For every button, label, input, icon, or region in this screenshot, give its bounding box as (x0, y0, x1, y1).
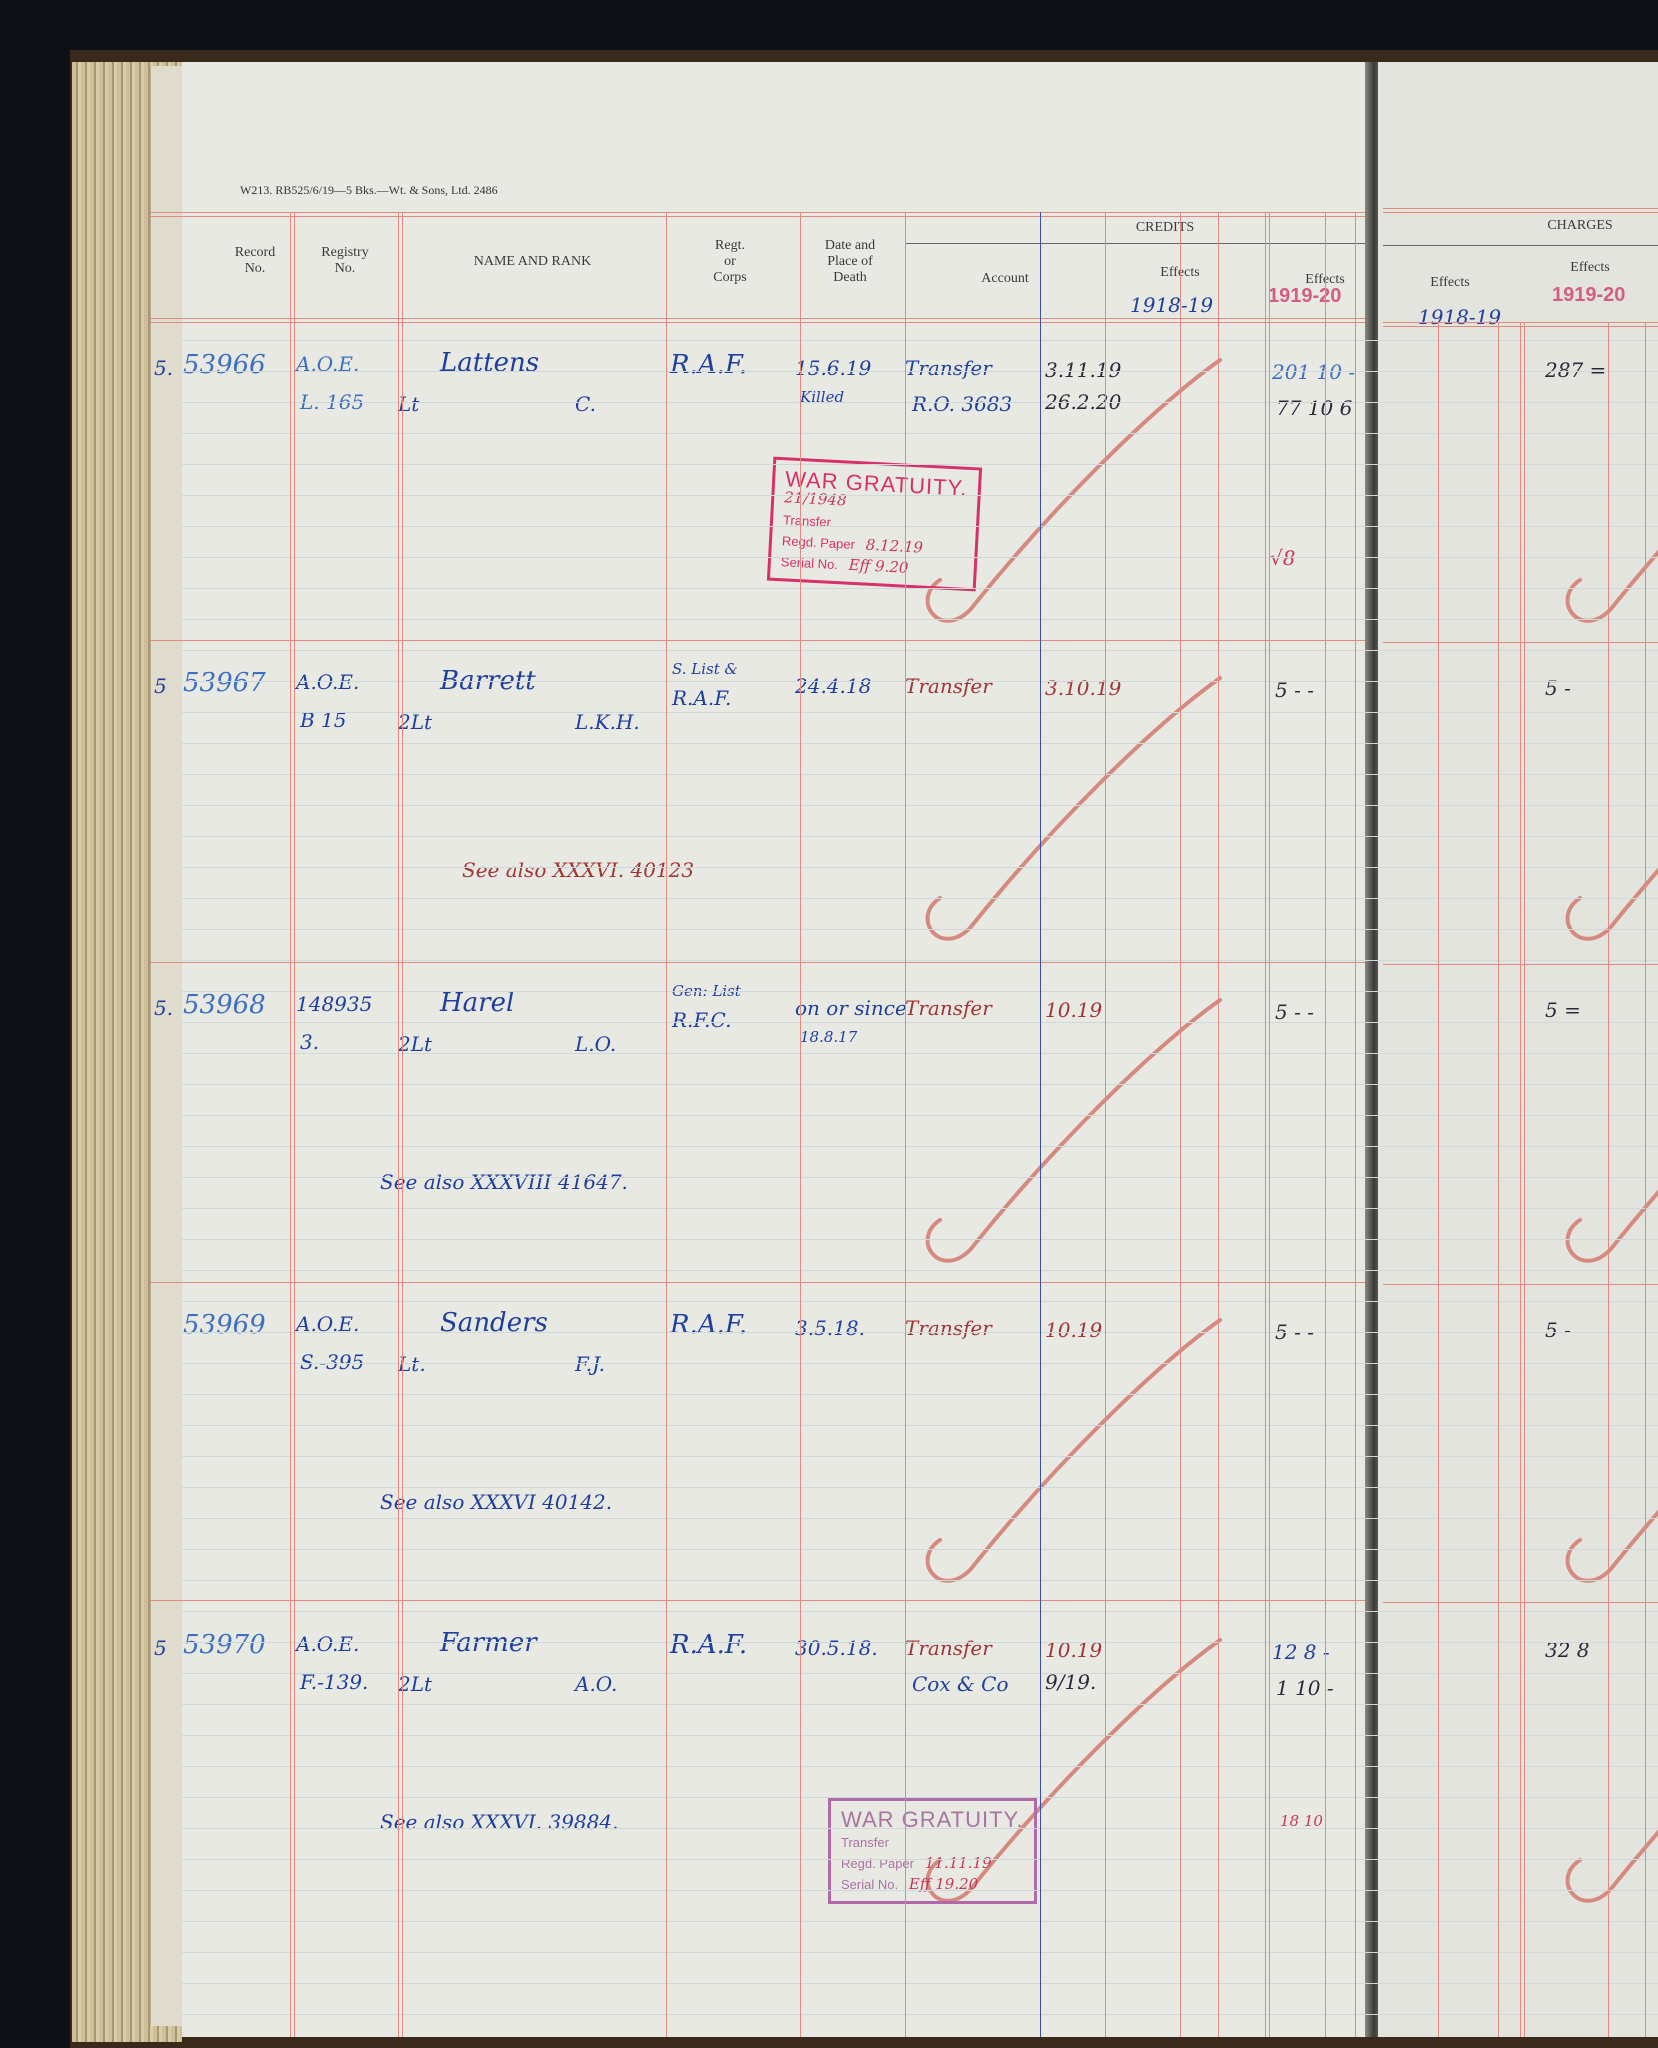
column-rule (905, 212, 906, 2037)
header-charges-effects-1918: Effects (1400, 275, 1500, 291)
ruled-line (182, 1549, 1658, 1550)
ruled-line (182, 1673, 1658, 1674)
column-rule (1355, 212, 1356, 2037)
surname: Sanders (440, 1308, 548, 1338)
column-rule-right (1438, 322, 1439, 2037)
header-effects-1918-year: 1918-19 (1130, 293, 1213, 317)
see-also-reference: See also XXXVI 40142. (380, 1490, 612, 1514)
column-rule (398, 212, 399, 2037)
see-also-reference: See also XXXVIII 41647. (380, 1170, 628, 1194)
rank: Lt (398, 392, 419, 416)
record-number: 53967 (183, 668, 266, 698)
column-rule-right (1645, 322, 1646, 2037)
stamp-title: WAR GRATUITY. (841, 1807, 1024, 1833)
charge-effects-1919-20: 5 - (1545, 676, 1571, 700)
ledger-page-left (182, 62, 1372, 2037)
ruled-line (182, 1270, 1658, 1271)
rank: 2Lt (398, 710, 432, 734)
ruled-line (182, 836, 1658, 837)
ruled-line (182, 1642, 1658, 1643)
ruled-line (182, 929, 1658, 930)
date-of-death: 24.4.18 (795, 674, 871, 698)
ruled-line (182, 1394, 1658, 1395)
ruled-line (182, 1735, 1658, 1736)
ruled-line (182, 1363, 1658, 1364)
registry-line-2: S.-395 (300, 1350, 364, 1374)
ruled-line (182, 712, 1658, 713)
registry-line-2: 3. (300, 1030, 319, 1054)
ruled-line (182, 805, 1658, 806)
header-bottom-rule (150, 318, 1365, 319)
stamp-regd-value: 11.11.19 (925, 1854, 992, 1872)
header-top-rule-right (1383, 208, 1658, 209)
header-charges: CHARGES (1520, 218, 1640, 234)
credit-tick-mark: √8 (1270, 546, 1295, 570)
stamp-serial-value: Eff 9.20 (848, 556, 909, 577)
account-entry-1: Transfer (905, 674, 992, 698)
ruled-line (182, 1766, 1658, 1767)
ruled-line (182, 495, 1658, 496)
column-rule-right (1608, 322, 1609, 2037)
row-divider (150, 962, 1365, 963)
ruled-line (182, 1239, 1658, 1240)
registry-line-1: A.O.E. (296, 670, 359, 694)
surname: Lattens (440, 348, 539, 378)
ruled-line (182, 557, 1658, 558)
ruled-line (182, 960, 1658, 961)
credit-effects-1919-20-line1: 201 10 - (1272, 360, 1355, 384)
rank: 2Lt (398, 1672, 432, 1696)
header-registry-no: Registry No. (310, 245, 380, 277)
ruled-line (182, 774, 1658, 775)
stamp-regd-value: 8.12.19 (865, 536, 923, 557)
regiment-line-2: R.F.C. (672, 1008, 731, 1032)
ruled-line (182, 340, 1658, 341)
margin-mark: 5 (154, 1636, 167, 1660)
account-date-1: 10.19 (1045, 1318, 1102, 1342)
header-regt-corps: Regt. or Corps (670, 238, 790, 286)
header-record-no: Record No. (225, 245, 285, 277)
credit-effects-1919-20-line1: 12 8 - (1272, 1640, 1330, 1664)
ruled-line (182, 1828, 1658, 1829)
ruled-line (182, 1518, 1658, 1519)
ruled-line (182, 1611, 1658, 1612)
header-charges-effects-1918-year: 1918-19 (1418, 305, 1501, 329)
column-rule (1325, 212, 1326, 2037)
ruled-line (182, 1797, 1658, 1798)
charges-sub-rule (1383, 245, 1658, 246)
surname: Harel (440, 988, 514, 1018)
date-line-2: 18.8.17 (800, 1028, 857, 1046)
credits-sub-rule (905, 243, 1365, 244)
ruled-line (182, 588, 1658, 589)
ruled-line (182, 1208, 1658, 1209)
ruled-line (182, 1084, 1658, 1085)
header-effects-1919-year: 1919-20 (1268, 285, 1341, 308)
column-rule-right (1520, 322, 1521, 2037)
registry-line-1: A.O.E. (296, 352, 359, 376)
ruled-line (182, 1301, 1658, 1302)
ruled-line (182, 1146, 1658, 1147)
header-account: Account (940, 271, 1070, 287)
column-rule (1265, 212, 1266, 2037)
ruled-line (182, 371, 1658, 372)
account-entry-2: Cox & Co (912, 1672, 1008, 1696)
ruled-line (182, 1456, 1658, 1457)
ruled-line (182, 1177, 1658, 1178)
margin-mark: 5. (154, 996, 173, 1020)
record-number: 53970 (183, 1630, 266, 1660)
ruled-line (182, 526, 1658, 527)
regiment: R.A.F. (670, 1630, 747, 1660)
header-date-place: Date and Place of Death (800, 238, 900, 286)
ruled-line (182, 1425, 1658, 1426)
initials: A.O. (575, 1672, 617, 1696)
charge-effects-1919-20: 287 = (1545, 358, 1606, 382)
see-also-reference: See also XXXVI. 40123 (462, 858, 694, 882)
initials: C. (575, 392, 596, 416)
header-top-rule (150, 212, 1365, 213)
ruled-line (182, 1859, 1658, 1860)
ruled-line (182, 1115, 1658, 1116)
row-divider (150, 640, 1365, 641)
margin-mark: 5. (154, 356, 173, 380)
ruled-line (182, 464, 1658, 465)
initials: L.K.H. (575, 710, 640, 734)
date-of-death: on or since (795, 996, 907, 1020)
ruled-line (182, 1983, 1658, 1984)
account-date-1: 3.10.19 (1045, 676, 1121, 700)
column-rule (666, 212, 667, 2037)
ruled-line (182, 743, 1658, 744)
account-entry-1: Transfer (905, 996, 992, 1020)
ruled-line (182, 681, 1658, 682)
war-gratuity-stamp: WAR GRATUITY.TransferRegd. Paper 11.11.1… (828, 1798, 1037, 1904)
record-number: 53966 (183, 350, 266, 380)
column-rule (1040, 212, 1041, 2037)
account-entry-1: Transfer (905, 1316, 992, 1340)
account-entry-1: Transfer (905, 356, 992, 380)
regiment: R.A.F. (670, 350, 747, 380)
regiment-line-2: R.A.F. (672, 686, 731, 710)
regiment-line-1: S. List & (672, 660, 738, 678)
header-name-rank: NAME AND RANK (400, 254, 665, 270)
registry-line-1: 148935 (296, 992, 372, 1016)
stamp-line-transfer: Transfer (841, 1833, 1024, 1853)
ruled-line (182, 2014, 1658, 2015)
row-divider (150, 1600, 1365, 1601)
column-rule (800, 212, 801, 2037)
ruled-line (182, 1332, 1658, 1333)
credit-effects-1919-20: 5 - - (1275, 1000, 1314, 1024)
header-charges-effects-1919: Effects (1540, 260, 1640, 276)
surname: Farmer (440, 1628, 537, 1658)
ruled-line (182, 1580, 1658, 1581)
row-divider (150, 1282, 1365, 1283)
ruled-line (182, 433, 1658, 434)
column-rule-right (1498, 322, 1499, 2037)
see-also-reference: See also XXXVI. 39884. (380, 1810, 618, 1834)
margin-mark: 5 (154, 674, 167, 698)
column-rule (1105, 212, 1106, 2037)
date-of-death: 3.5.18. (795, 1316, 865, 1340)
account-entry-1: Transfer (905, 1636, 992, 1660)
ruled-line (182, 1921, 1658, 1922)
ruled-line (182, 898, 1658, 899)
record-number: 53969 (183, 1310, 266, 1340)
account-entry-2: R.O. 3683 (912, 392, 1012, 416)
rank: Lt. (398, 1352, 426, 1376)
stamp-regd-label: Regd. Paper (782, 533, 856, 552)
column-rule (1180, 212, 1181, 2037)
ruled-line (182, 867, 1658, 868)
account-date-1: 3.11.19 (1045, 358, 1121, 382)
ruled-line (182, 1487, 1658, 1488)
column-rule (1218, 212, 1219, 2037)
ruled-line (182, 650, 1658, 651)
account-date-1: 10.19 (1045, 998, 1102, 1022)
ruled-line (182, 1952, 1658, 1953)
header-charges-effects-1919-year: 1919-20 (1552, 284, 1625, 307)
ruled-line (182, 402, 1658, 403)
ruled-line (182, 991, 1658, 992)
record-number: 53968 (183, 990, 266, 1020)
credit-effects-1919-20-line2: 77 10 6 (1276, 396, 1352, 420)
charge-effects-1919-20: 5 = (1545, 998, 1581, 1022)
date-of-death: 30.5.18. (795, 1636, 878, 1660)
charge-effects-1919-20: 5 - (1545, 1318, 1571, 1342)
ruled-line (182, 619, 1658, 620)
ruled-line (182, 1890, 1658, 1891)
column-rule (290, 212, 291, 2037)
printer-imprint: W213. RB525/6/19—5 Bks.—Wt. & Sons, Ltd.… (240, 183, 498, 198)
ruled-line (182, 1704, 1658, 1705)
date-of-death: 15.6.19 (795, 356, 871, 380)
regiment: R.A.F. (670, 1310, 747, 1340)
ruled-line (182, 1053, 1658, 1054)
ruled-line (182, 1022, 1658, 1023)
initials: F.J. (575, 1352, 605, 1376)
registry-line-1: A.O.E. (296, 1632, 359, 1656)
ledger-page-right (1378, 62, 1658, 2037)
date-line-2: Killed (800, 388, 844, 406)
